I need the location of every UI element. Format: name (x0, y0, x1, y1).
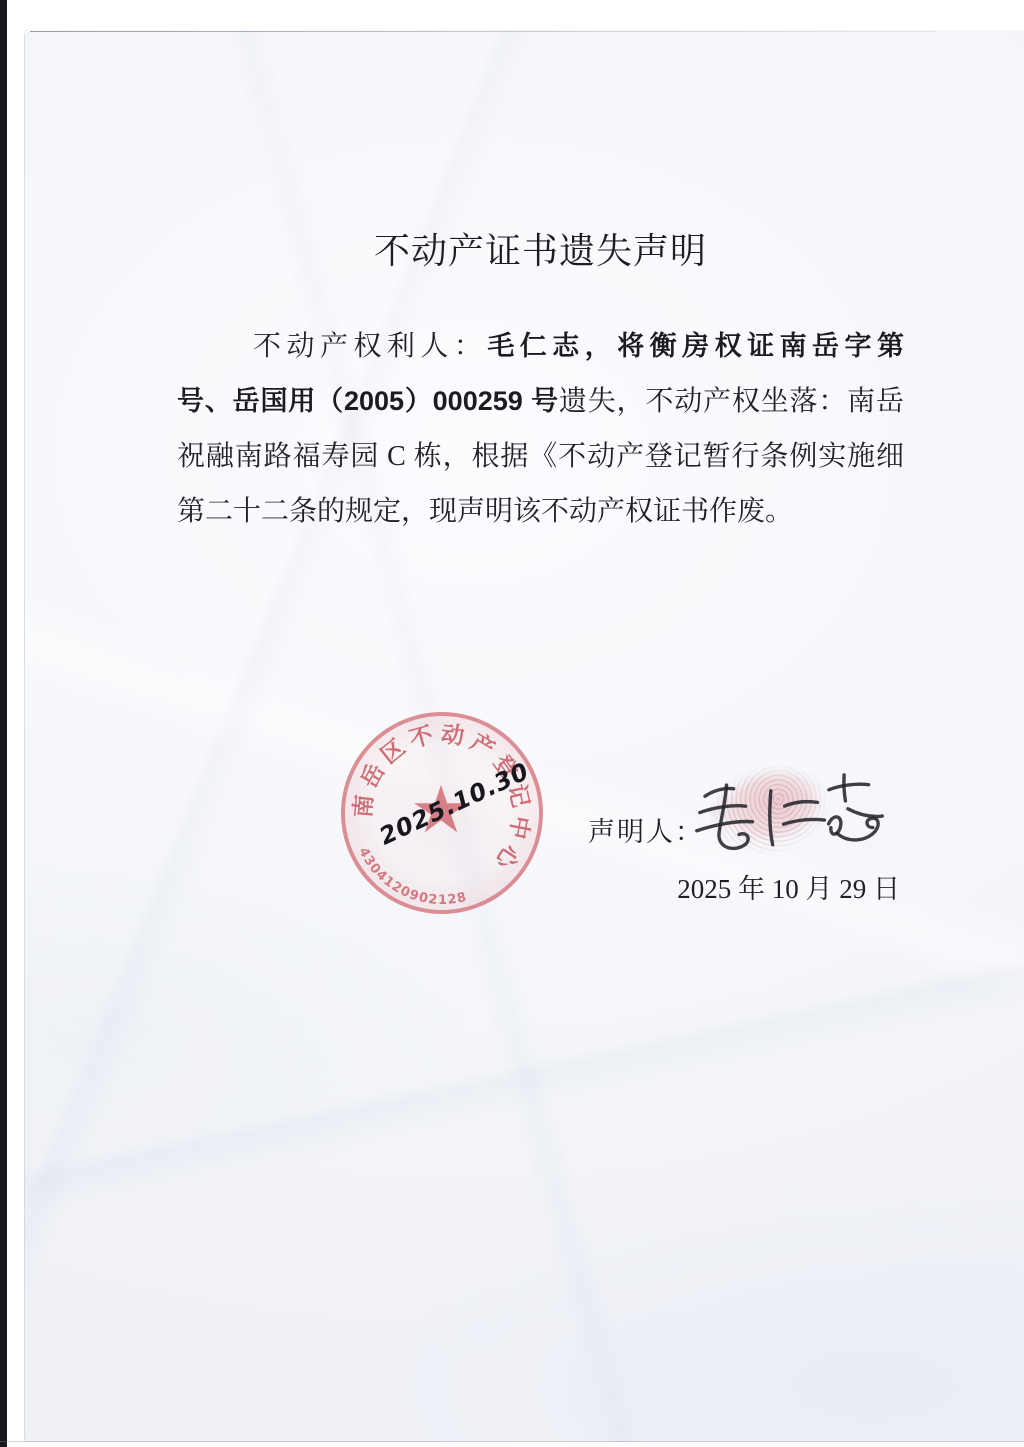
body-text: 第二十二条的规定，现声明该不动产权证书作废。 (177, 496, 793, 527)
declarant-label: 声明人： (588, 810, 704, 849)
body-line: 号、岳国用（2005）000259 号遗失，不动产权坐落：南岳镇 (177, 374, 904, 429)
scanned-document: 不动产证书遗失声明 不动产权利人：毛仁志，将衡房权证南岳字第 00194694 … (0, 0, 1024, 1447)
signature-handwriting-icon (686, 761, 889, 865)
body-text: 不动产权利人： (253, 331, 487, 362)
scan-edge-strip (0, 0, 7, 1447)
paper-left-edge (24, 34, 25, 1439)
body-text: 祝融南路福寿园 C 栋，根据《不动产登记暂行条例实施细则》 (177, 441, 904, 484)
body-line: 不动产权利人：毛仁志，将衡房权证南岳字第 00194694 (177, 319, 904, 374)
paper-bottom-edge (0, 1441, 1024, 1442)
body-line: 第二十二条的规定，现声明该不动产权证书作废。 (177, 484, 904, 539)
declaration-body: 不动产权利人：毛仁志，将衡房权证南岳字第 00194694 号、岳国用（2005… (177, 319, 904, 539)
paper-top-edge (30, 31, 935, 32)
document-title: 不动产证书遗失声明 (177, 227, 904, 275)
body-line: 祝融南路福寿园 C 栋，根据《不动产登记暂行条例实施细则》 (177, 429, 904, 484)
body-text-bold: 号、岳国用（2005）000259 号 (177, 386, 559, 416)
declaration-date: 2025 年 10 月 29 日 (177, 867, 904, 906)
